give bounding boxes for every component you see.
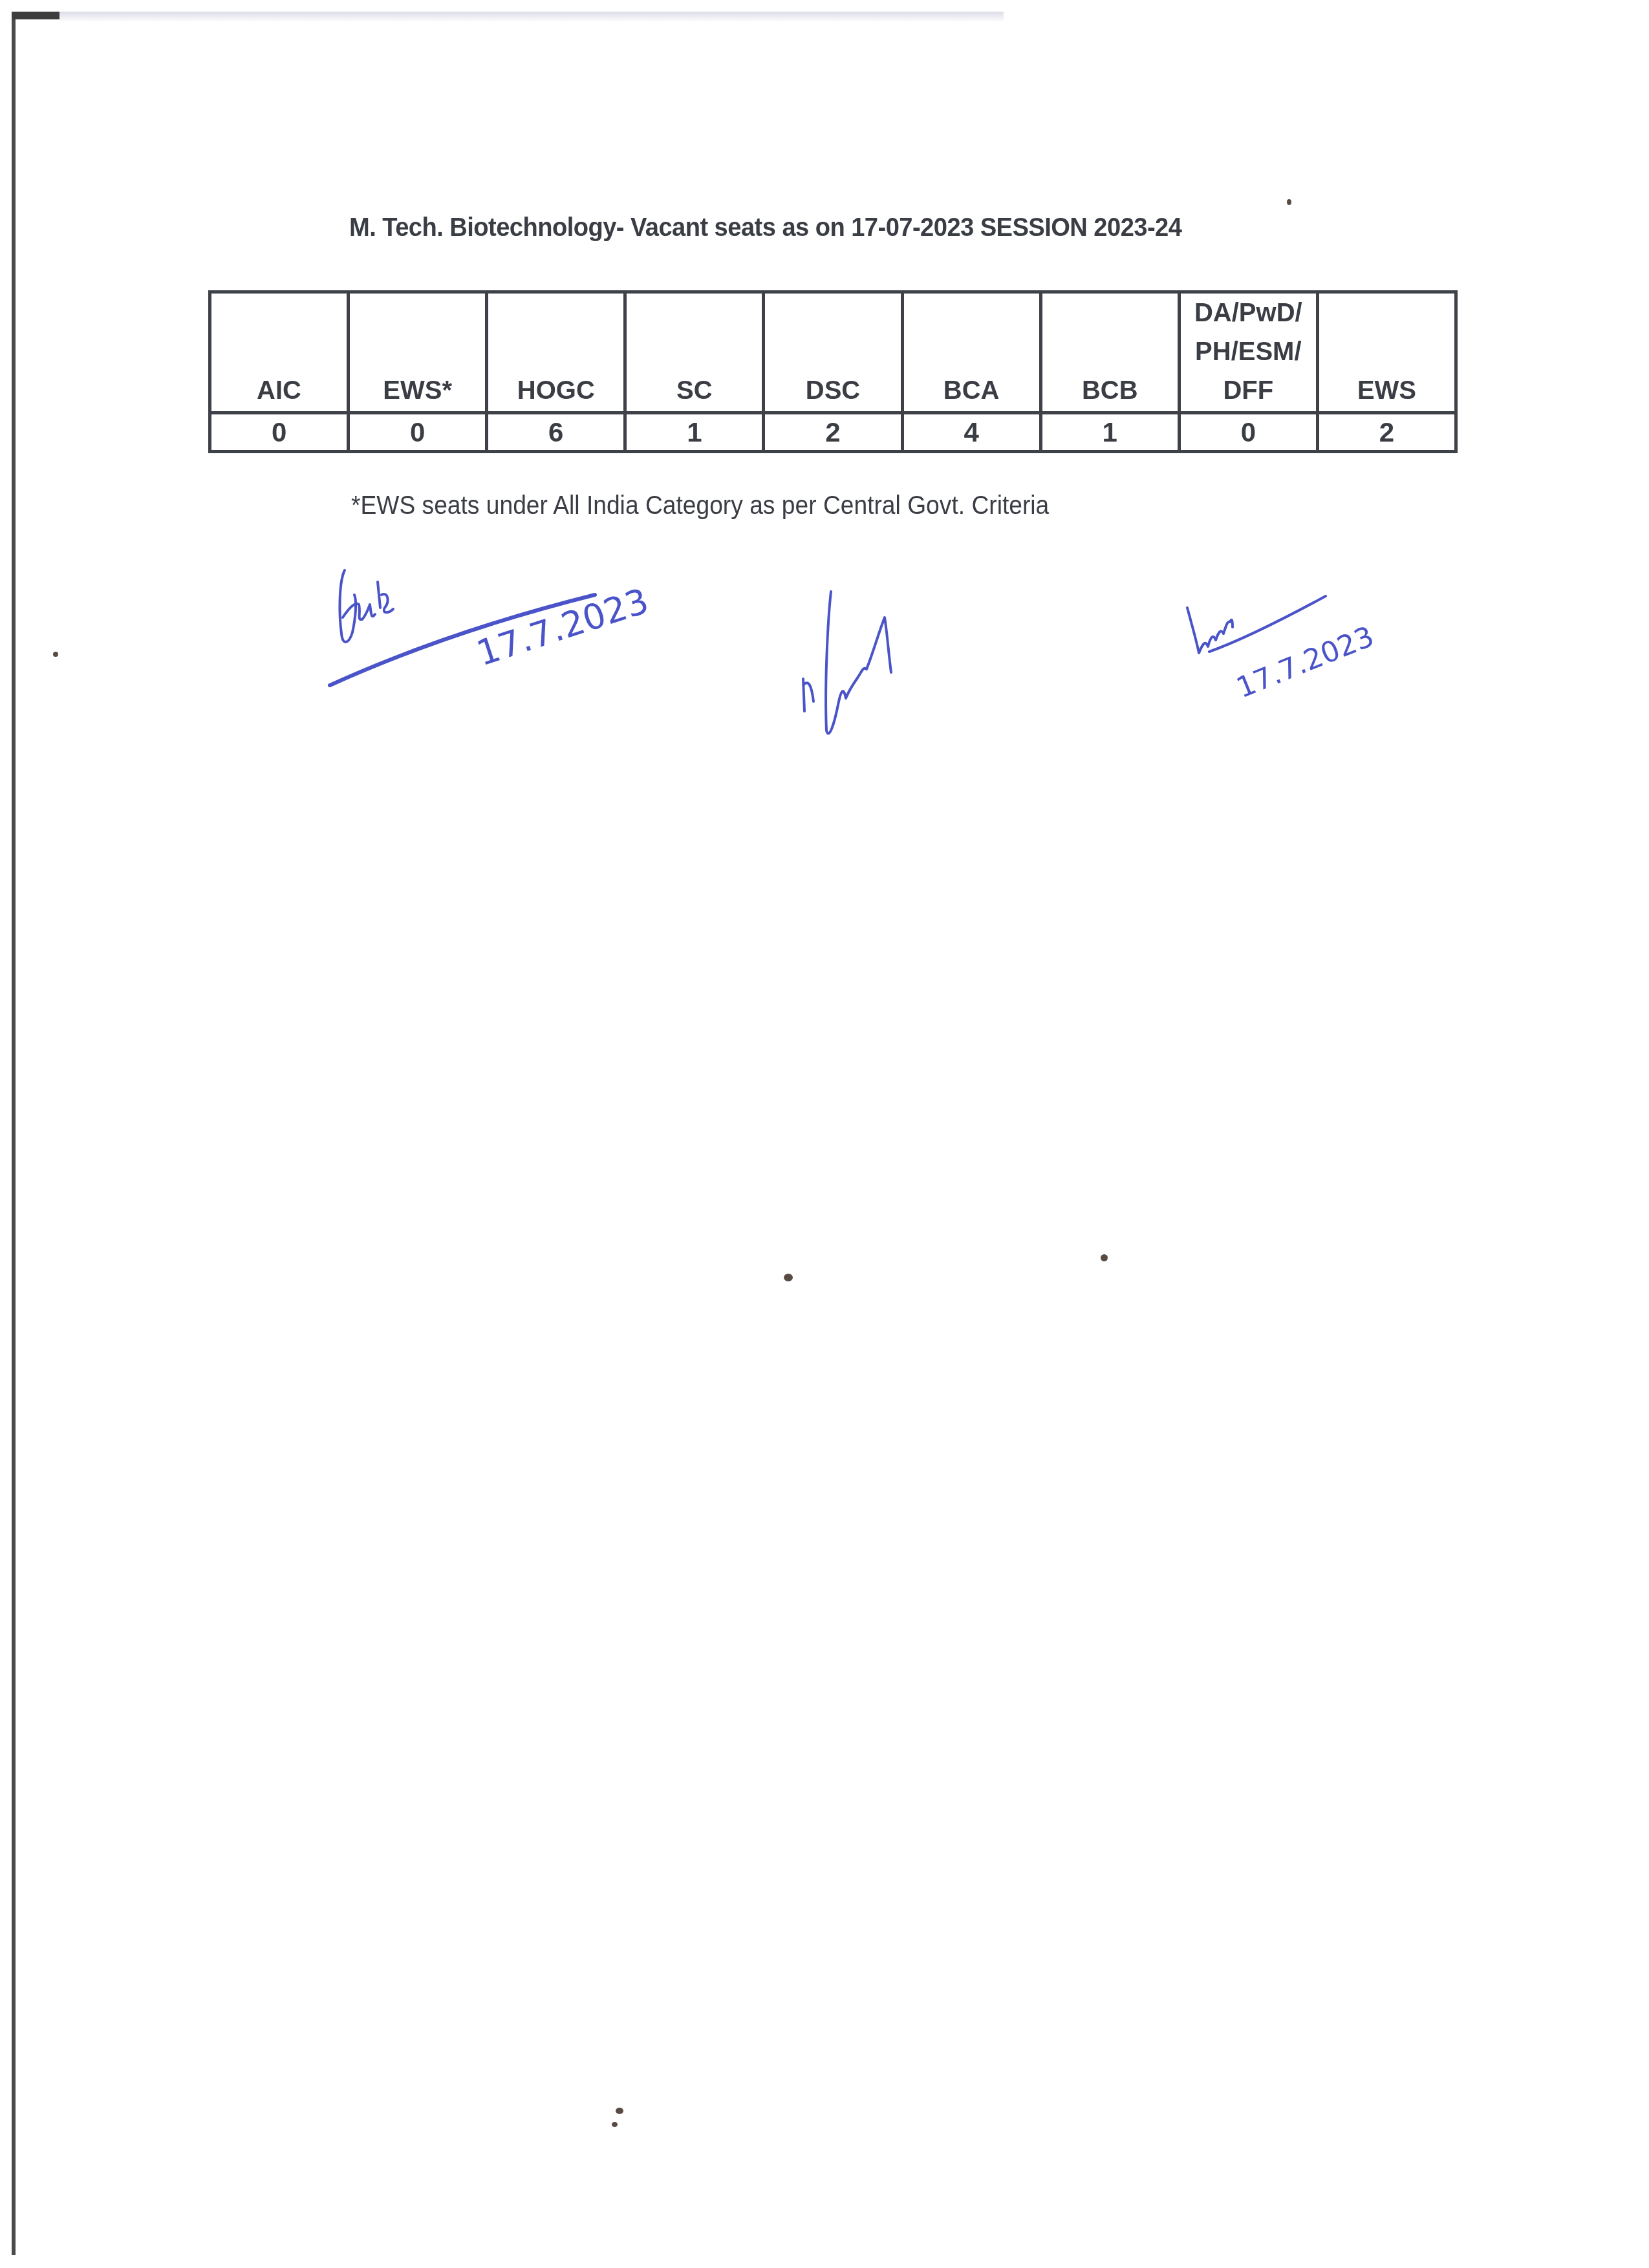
cell-da-pwd-ph-esm-dff: 0 [1179, 413, 1317, 452]
header-line: DFF [1181, 371, 1316, 410]
header-aic: AIC [210, 292, 349, 413]
header-bcb: BCB [1040, 292, 1179, 413]
scan-edge-top [59, 12, 1004, 22]
signature-2 [776, 582, 1048, 753]
scan-speck [784, 1274, 793, 1281]
signature-3: 17.7.2023 [1183, 582, 1442, 734]
vacant-seats-table: AIC EWS* HOGC SC DSC BCA BCB DA/PwD/ PH/… [208, 290, 1458, 453]
signature-3-ink: 17.7.2023 [1183, 582, 1442, 731]
scan-speck [616, 2108, 623, 2114]
cell-bcb: 1 [1040, 413, 1179, 452]
cell-ews-all-india: 0 [349, 413, 487, 452]
table-header-row: AIC EWS* HOGC SC DSC BCA BCB DA/PwD/ PH/… [210, 292, 1456, 413]
cell-aic: 0 [210, 413, 349, 452]
header-sc: SC [625, 292, 764, 413]
ews-footnote: *EWS seats under All India Category as p… [351, 491, 1049, 520]
page-title: M. Tech. Biotechnology- Vacant seats as … [349, 212, 1251, 242]
cell-hogc: 6 [487, 413, 625, 452]
scan-speck [1287, 199, 1291, 205]
header-hogc: HOGC [487, 292, 625, 413]
cell-sc: 1 [625, 413, 764, 452]
table-row: 0 0 6 1 2 4 1 0 2 [210, 413, 1456, 452]
header-ews: EWS [1317, 292, 1456, 413]
signature-1-date: 17.7.2023 [472, 581, 654, 674]
signature-1-ink: 17.7.2023 [323, 556, 685, 711]
cell-bca: 4 [902, 413, 1040, 452]
scan-speck [1101, 1254, 1108, 1261]
signature-1: 17.7.2023 [323, 556, 685, 714]
header-bca: BCA [902, 292, 1040, 413]
header-line: DA/PwD/ [1181, 294, 1316, 332]
signature-2-ink [776, 582, 1048, 750]
scan-speck [612, 2122, 618, 2127]
header-line: PH/ESM/ [1181, 332, 1316, 371]
scan-speck [53, 652, 58, 657]
header-da-pwd-ph-esm-dff: DA/PwD/ PH/ESM/ DFF [1179, 292, 1317, 413]
header-dsc: DSC [764, 292, 902, 413]
scan-edge-corner [12, 12, 59, 19]
header-ews-all-india: EWS* [349, 292, 487, 413]
cell-dsc: 2 [764, 413, 902, 452]
scan-edge-left [12, 12, 16, 2255]
cell-ews: 2 [1317, 413, 1456, 452]
